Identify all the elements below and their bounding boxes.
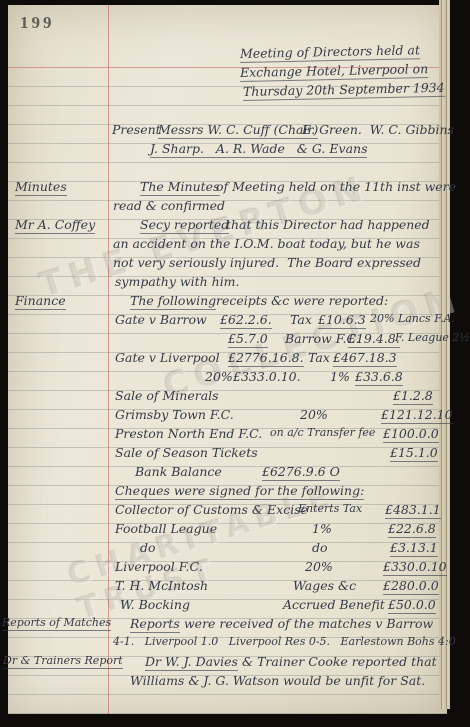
minute-book-scan: THE EVERTON COLLECTION CHARITABLE TRUST … xyxy=(0,0,470,727)
present-names: Messrs W. C. Cuff (Chair) xyxy=(158,122,318,139)
minutes-body: read & confirmed xyxy=(113,198,225,213)
present-word: Present xyxy=(112,122,161,137)
finance-amount: £19.4.8. xyxy=(348,331,400,348)
finance-amount: £15.1.0 xyxy=(390,445,438,462)
finance-amount: £100.0.0 xyxy=(383,426,439,443)
margin-label-finance: Finance xyxy=(15,293,66,310)
finance-section-intro: Finance The following receipts &c were r… xyxy=(0,293,470,311)
finance-amount: £280.0.0 xyxy=(383,578,439,595)
coffey-section-line-2: an accident on the I.O.M. boat today, bu… xyxy=(0,236,470,254)
margin-label-coffey: Mr A. Coffey xyxy=(15,217,95,234)
reports-section-line-1: Reports of Matches Reports were received… xyxy=(0,616,470,634)
cheques-heading-text: Cheques were signed for the following: xyxy=(115,483,364,500)
finance-amount: £22.6.8 xyxy=(388,521,436,538)
heading-text: Meeting of Directors held at xyxy=(240,42,420,63)
finance-cell: Liverpool F.C. xyxy=(115,559,203,574)
finance-row-gate-liverpool: Gate v Liverpool £2776.16.8. Tax £467.18… xyxy=(0,350,470,368)
finance-cell: W. Bocking xyxy=(120,597,190,612)
finance-amount: £483.1.1 xyxy=(385,502,441,519)
coffey-section-line-1: Mr A. Coffey Secy reported that this Dir… xyxy=(0,217,470,235)
coffey-section-line-3: not very seriously injured. The Board ex… xyxy=(0,255,470,273)
reports-results: 4-1. Liverpool 1.0 Liverpool Res 0-5. Ea… xyxy=(113,635,456,648)
finance-amount: £10.6.3 xyxy=(318,312,366,329)
trainer-section-line-2: Williams & J. G. Watson would be unfit f… xyxy=(0,673,470,691)
cheques-heading: Cheques were signed for the following: xyxy=(0,483,470,501)
cheque-row-football-league: Football League 1% £22.6.8 xyxy=(0,521,470,539)
finance-amount: £121.12.10 xyxy=(381,407,453,424)
finance-cell: T. H. McIntosh xyxy=(115,578,208,593)
finance-cell: 20% Lancs F.A. xyxy=(370,312,455,325)
present-line-1: Present Messrs W. C. Cuff (Chair) E. Gre… xyxy=(0,122,470,140)
finance-row-barrow-2: £5.7.0 Barrow F.C. £19.4.8. F. League 2½… xyxy=(0,331,470,349)
finance-row-percentages: 20% £333.0.10. 1% £33.6.8 xyxy=(0,369,470,387)
finance-cell: 1% xyxy=(330,369,350,384)
finance-amount: £3.13.1 xyxy=(390,540,438,557)
cheque-row-customs: Collector of Customs & Excise Enterts Ta… xyxy=(0,502,470,520)
present-names: J. Sharp. A. R. Wade & G. Evans xyxy=(150,141,367,158)
coffey-body: not very seriously injured. The Board ex… xyxy=(113,255,421,270)
coffey-body: that this Director had happened xyxy=(222,217,430,232)
finance-row-preston: Preston North End F.C. on a/c Transfer f… xyxy=(0,426,470,444)
finance-row-gate-barrow: Gate v Barrow £62.2.6. Tax £10.6.3 20% L… xyxy=(0,312,470,330)
finance-intro: receipts &c were reported: xyxy=(212,293,388,308)
finance-cell: do xyxy=(140,540,156,555)
finance-amount: £33.6.8 xyxy=(355,369,403,386)
reports-body: were received of the matches v Barrow xyxy=(180,616,433,631)
finance-intro: The following xyxy=(130,293,216,310)
finance-cell: Football League xyxy=(115,521,217,536)
finance-row-minerals: Sale of Minerals £1.2.8 xyxy=(0,388,470,406)
cheque-row-bocking: W. Bocking Accrued Benefit £50.0.0 xyxy=(0,597,470,615)
handwriting-layer: 199 Meeting of Directors held at Exchang… xyxy=(0,0,470,727)
minutes-section-line-1: Minutes The Minutes of Meeting held on t… xyxy=(0,179,470,197)
finance-cell: Gate v Barrow xyxy=(115,312,207,327)
finance-cell: 1% xyxy=(312,521,332,536)
heading-line-3: Thursday 20th September 1934 xyxy=(0,84,470,102)
cheque-row-liverpool: Liverpool F.C. 20% £330.0.10 xyxy=(0,559,470,577)
finance-cell: Tax xyxy=(290,312,312,327)
finance-row-season-tickets: Sale of Season Tickets £15.1.0 xyxy=(0,445,470,463)
finance-cell: Accrued Benefit xyxy=(283,597,385,612)
coffey-body: Secy reported xyxy=(140,217,229,234)
cheque-row-ditto: do do £3.13.1 xyxy=(0,540,470,558)
finance-cell: Sale of Season Tickets xyxy=(115,445,258,460)
finance-cell: 20% xyxy=(300,407,328,422)
trainer-section-line-1: Dr & Trainers Report Dr W. J. Davies & T… xyxy=(0,654,470,672)
trainer-body: Dr W. J. Davies xyxy=(145,654,238,671)
heading-date: Thursday 20th September 1934 xyxy=(243,80,445,101)
finance-cell: Preston North End F.C. xyxy=(115,426,262,441)
minutes-section-line-2: read & confirmed xyxy=(0,198,470,216)
finance-amount: £330.0.10 xyxy=(383,559,447,576)
finance-cell: Bank Balance xyxy=(135,464,222,479)
finance-amount: £333.0.10. xyxy=(233,369,301,384)
page-number-stamp: 199 xyxy=(20,13,55,33)
finance-cell: Grimsby Town F.C. xyxy=(115,407,234,422)
present-names: E. Green. W. C. Gibbins xyxy=(302,122,454,137)
reports-section-line-2: 4-1. Liverpool 1.0 Liverpool Res 0-5. Ea… xyxy=(0,635,470,653)
trainer-body: & Trainer Cooke reported that xyxy=(238,654,437,669)
trainer-body: Williams & J. G. Watson would be unfit f… xyxy=(130,673,425,688)
coffey-body: sympathy with him. xyxy=(115,274,240,289)
finance-cell: Enterts Tax xyxy=(298,502,362,515)
finance-row-grimsby: Grimsby Town F.C. 20% £121.12.10 xyxy=(0,407,470,425)
finance-amount: £50.0.0 xyxy=(388,597,436,614)
finance-cell: 20% xyxy=(305,559,333,574)
finance-amount: £62.2.6. xyxy=(220,312,272,329)
finance-row-bank-balance: Bank Balance £6276.9.6 O xyxy=(0,464,470,482)
coffey-body: an accident on the I.O.M. boat today, bu… xyxy=(113,236,420,251)
finance-cell: do xyxy=(312,540,328,555)
finance-cell: Collector of Customs & Excise xyxy=(115,502,308,517)
margin-label-trainer-report: Dr & Trainers Report xyxy=(3,654,123,669)
margin-label-reports: Reports of Matches xyxy=(2,616,111,631)
finance-cell: F. League 2½% xyxy=(395,331,470,344)
present-line-2: J. Sharp. A. R. Wade & G. Evans xyxy=(0,141,470,159)
reports-body: Reports xyxy=(130,616,180,633)
minutes-body: The Minutes xyxy=(140,179,220,196)
finance-cell: Sale of Minerals xyxy=(115,388,219,403)
finance-amount: £1.2.8 xyxy=(393,388,433,405)
finance-amount: £6276.9.6 O xyxy=(262,464,340,481)
finance-cell: Wages &c xyxy=(293,578,356,593)
finance-amount: £5.7.0 xyxy=(228,331,268,348)
finance-cell: Gate v Liverpool xyxy=(115,350,220,365)
finance-amount: £2776.16.8. xyxy=(228,350,304,367)
margin-label-minutes: Minutes xyxy=(15,179,67,196)
finance-amount: £467.18.3 xyxy=(333,350,397,367)
heading-text: Exchange Hotel, Liverpool on xyxy=(240,61,429,82)
finance-cell: Tax xyxy=(308,350,330,365)
minutes-body: of Meeting held on the 11th inst were xyxy=(212,179,456,194)
cheque-row-mcintosh: T. H. McIntosh Wages &c £280.0.0 xyxy=(0,578,470,596)
coffey-section-line-4: sympathy with him. xyxy=(0,274,470,292)
finance-cell: on a/c Transfer fee xyxy=(270,426,375,439)
finance-cell: 20% xyxy=(205,369,233,384)
